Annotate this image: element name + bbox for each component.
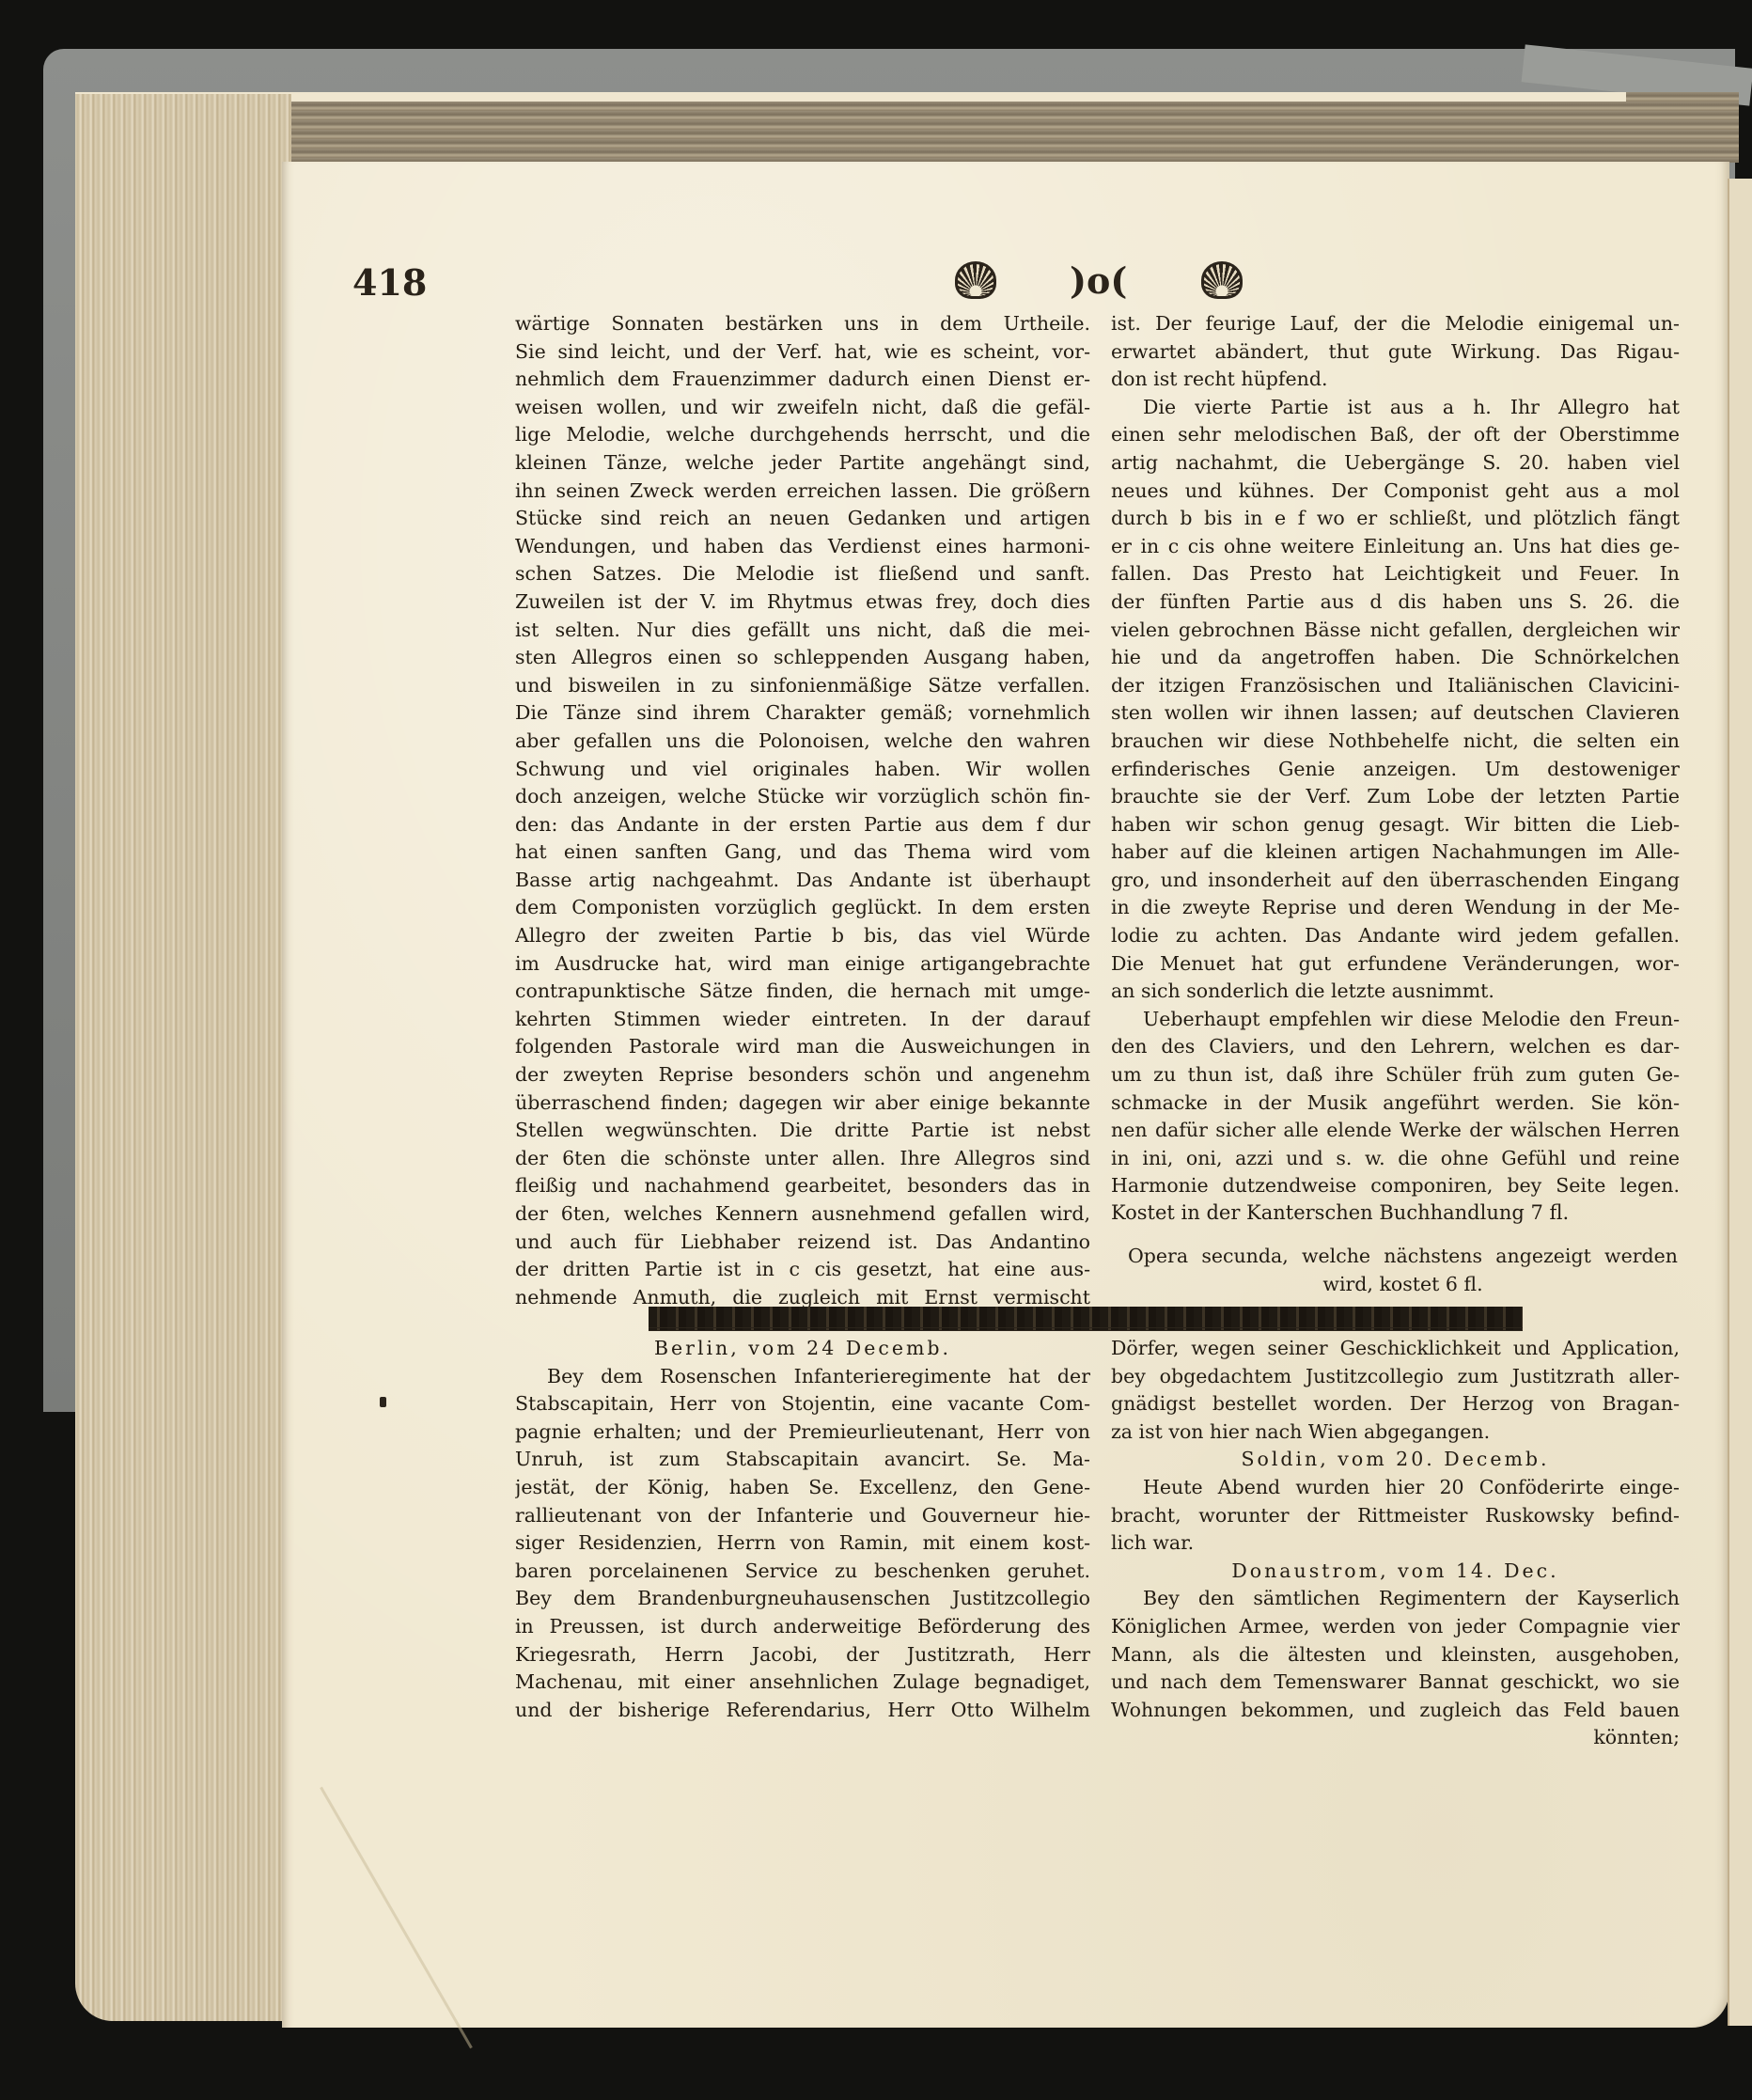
shell-ornament-icon bbox=[1201, 261, 1243, 299]
section-divider-rule bbox=[649, 1307, 1523, 1331]
text-line: Basse artig nachgeahmt. Das Andante ist … bbox=[515, 867, 1090, 895]
price-note: Kostet in der Kanterschen Buchhandlung 7… bbox=[1111, 1199, 1680, 1228]
text-line: doch anzeigen, welche Stücke wir vorzügl… bbox=[515, 783, 1090, 811]
review-left-column: wärtige Sonnaten bestärken uns in dem Ur… bbox=[515, 310, 1090, 1311]
news-berlin-column: Berlin, vom 24 Decemb. Bey dem Rosensche… bbox=[515, 1335, 1090, 1724]
page-number: 418 bbox=[352, 261, 427, 304]
text-line: Harmonie dutzendweise componiren, bey Se… bbox=[1111, 1172, 1680, 1200]
text-line: Königlichen Armee, werden von jeder Comp… bbox=[1111, 1613, 1680, 1641]
text-line: lige Melodie, welche durchgehends herrsc… bbox=[515, 421, 1090, 449]
text-line: lich war. bbox=[1111, 1529, 1680, 1558]
text-line: ihn seinen Zweck werden erreichen lassen… bbox=[515, 478, 1090, 506]
text-line: der 6ten die schönste unter allen. Ihre … bbox=[515, 1145, 1090, 1173]
text-line: sten Allegros einen so schleppenden Ausg… bbox=[515, 644, 1090, 672]
text-line: hat einen sanften Gang, und das Thema wi… bbox=[515, 838, 1090, 867]
text-line: den: das Andante in der ersten Partie au… bbox=[515, 811, 1090, 839]
text-line: erwartet abändert, thut gute Wirkung. Da… bbox=[1111, 338, 1680, 367]
text-line: Bey dem Brandenburgneuhausenschen Justit… bbox=[515, 1585, 1090, 1613]
margin-mark bbox=[380, 1397, 386, 1407]
page-stack-top-edge bbox=[75, 92, 1739, 163]
text-line: kehrten Stimmen wieder eintreten. In der… bbox=[515, 1006, 1090, 1034]
text-line: den des Claviers, und den Lehrern, welch… bbox=[1111, 1033, 1680, 1061]
text-line: ist. Der feurige Lauf, der die Melodie e… bbox=[1111, 310, 1680, 338]
text-line: nehmlich dem Frauenzimmer dadurch einen … bbox=[515, 366, 1090, 394]
text-line: erfinderisches Genie anzeigen. Um destow… bbox=[1111, 756, 1680, 784]
text-line: Stellen wegwünschten. Die dritte Partie … bbox=[515, 1117, 1090, 1145]
text-line: fleißig und nachahmend gearbeitet, beson… bbox=[515, 1172, 1090, 1200]
text-line: Ueberhaupt empfehlen wir diese Melodie d… bbox=[1111, 1006, 1680, 1034]
text-line: brauchen wir diese Nothbehelfe nicht, di… bbox=[1111, 728, 1680, 756]
text-line: aber gefallen uns die Polonoisen, welche… bbox=[515, 728, 1090, 756]
opera-secunda-note: Opera secunda, welche nächstens angezeig… bbox=[1128, 1243, 1678, 1298]
text-line: hie und da angetroffen haben. Die Schnör… bbox=[1111, 644, 1680, 672]
text-line: weisen wollen, und wir zweifeln nicht, d… bbox=[515, 394, 1090, 422]
text-line: sten wollen wir ihnen lassen; auf deutsc… bbox=[1111, 699, 1680, 728]
text-line: überraschend finden; dagegen wir aber ei… bbox=[515, 1089, 1090, 1118]
news-berlin-continuation: Dörfer, wegen seiner Geschicklichkeit un… bbox=[1111, 1335, 1680, 1446]
text-line: Sie sind leicht, und der Verf. hat, wie … bbox=[515, 338, 1090, 367]
text-line: vielen gebrochnen Bässe nicht gefallen, … bbox=[1111, 617, 1680, 645]
text-line: in ini, oni, azzi und s. w. die ohne Gef… bbox=[1111, 1145, 1680, 1173]
text-line: Schwung und viel originales haben. Wir w… bbox=[515, 756, 1090, 784]
review-right-column: ist. Der feurige Lauf, der die Melodie e… bbox=[1111, 310, 1680, 1200]
text-line: im Ausdrucke hat, wird man einige artiga… bbox=[515, 950, 1090, 979]
text-line: ist selten. Nur dies gefällt uns nicht, … bbox=[515, 617, 1090, 645]
text-line: haber auf die kleinen artigen Nachahmung… bbox=[1111, 838, 1680, 867]
text-line: contrapunktische Sätze finden, die herna… bbox=[515, 978, 1090, 1006]
text-line: folgenden Pastorale wird man die Ausweic… bbox=[515, 1033, 1090, 1061]
text-line: gnädigst bestellet worden. Der Herzog vo… bbox=[1111, 1390, 1680, 1418]
text-line: lodie zu achten. Das Andante wird jedem … bbox=[1111, 922, 1680, 950]
catchword: könnten; bbox=[1111, 1724, 1680, 1752]
text-line: Machenau, mit einer ansehnlichen Zulage … bbox=[515, 1669, 1090, 1697]
text-line: der fünften Partie aus d dis haben uns S… bbox=[1111, 588, 1680, 617]
text-line: Bey dem Rosenschen Infanterieregimente h… bbox=[515, 1363, 1090, 1391]
text-line: der itzigen Französischen und Italiänisc… bbox=[1111, 672, 1680, 700]
text-line: durch b bis in e f wo er schließt, und p… bbox=[1111, 505, 1680, 533]
text-line: Stabscapitain, Herr von Stojentin, eine … bbox=[515, 1390, 1090, 1418]
text-line: der dritten Partie ist in c cis gesetzt,… bbox=[515, 1256, 1090, 1284]
text-line: bey obgedachtem Justitzcollegio zum Just… bbox=[1111, 1363, 1680, 1391]
text-line: siger Residenzien, Herrn von Ramin, mit … bbox=[515, 1529, 1090, 1558]
running-header: 418 )o( bbox=[348, 254, 1476, 310]
news-right-column: Dörfer, wegen seiner Geschicklichkeit un… bbox=[1111, 1335, 1680, 1752]
page-stack-top-highlight bbox=[75, 92, 1626, 102]
text-line: za ist von hier nach Wien abgegangen. bbox=[1111, 1418, 1680, 1447]
text-line: um zu thun ist, daß ihre Schüler früh zu… bbox=[1111, 1061, 1680, 1089]
text-line: er in c cis ohne weitere Einleitung an. … bbox=[1111, 533, 1680, 561]
text-line: brauchte sie der Verf. Zum Lobe der letz… bbox=[1111, 783, 1680, 811]
text-line: baren porcelainenen Service zu beschenke… bbox=[515, 1558, 1090, 1586]
xoc-ornament-icon: )o( bbox=[1070, 263, 1127, 299]
text-line: in die zweyte Reprise und deren Wendung … bbox=[1111, 894, 1680, 922]
dateline-donaustrom: Donaustrom, vom 14. Dec. bbox=[1111, 1558, 1680, 1586]
text-line: und bisweilen in zu sinfonienmäßige Sätz… bbox=[515, 672, 1090, 700]
text-line: wärtige Sonnaten bestärken uns in dem Ur… bbox=[515, 310, 1090, 338]
text-line: Stücke sind reich an neuen Gedanken und … bbox=[515, 505, 1090, 533]
text-line: Unruh, ist zum Stabscapitain avancirt. S… bbox=[515, 1446, 1090, 1474]
opera-note-line: Opera secunda, welche nächstens angezeig… bbox=[1128, 1243, 1678, 1271]
text-line: kleinen Tänze, welche jeder Partite ange… bbox=[515, 449, 1090, 478]
text-line: Bey den sämtlichen Regimentern der Kayse… bbox=[1111, 1585, 1680, 1613]
text-line: pagnie erhalten; und der Premieurlieuten… bbox=[515, 1418, 1090, 1447]
text-line: schen Satzes. Die Melodie ist fließend u… bbox=[515, 560, 1090, 588]
text-line: und nach dem Temenswarer Bannat geschick… bbox=[1111, 1669, 1680, 1697]
text-line: in Preussen, ist durch anderweitige Befö… bbox=[515, 1613, 1090, 1641]
text-line: Dörfer, wegen seiner Geschicklichkeit un… bbox=[1111, 1335, 1680, 1363]
text-line: neues und kühnes. Der Componist geht aus… bbox=[1111, 478, 1680, 506]
text-line: artig nachahmt, die Uebergänge S. 20. ha… bbox=[1111, 449, 1680, 478]
text-line: einen sehr melodischen Baß, der oft der … bbox=[1111, 421, 1680, 449]
text-line: rallieutenant von der Infanterie und Gou… bbox=[515, 1502, 1090, 1530]
text-line: fallen. Das Presto hat Leichtigkeit und … bbox=[1111, 560, 1680, 588]
text-line: bracht, worunter der Rittmeister Ruskows… bbox=[1111, 1502, 1680, 1530]
text-line: Mann, als die ältesten und kleinsten, au… bbox=[1111, 1641, 1680, 1669]
text-line: dem Componisten vorzüglich geglückt. In … bbox=[515, 894, 1090, 922]
text-line: und auch für Liebhaber reizend ist. Das … bbox=[515, 1229, 1090, 1257]
text-line: schmacke in der Musik angeführt werden. … bbox=[1111, 1089, 1680, 1118]
text-line: gro, und insonderheit auf den überrasche… bbox=[1111, 867, 1680, 895]
text-line: und der bisherige Referendarius, Herr Ot… bbox=[515, 1697, 1090, 1725]
text-line: Die vierte Partie ist aus a h. Ihr Alleg… bbox=[1111, 394, 1680, 422]
text-line: der zweyten Reprise besonders schön und … bbox=[515, 1061, 1090, 1089]
text-line: Allegro der zweiten Partie b bis, das vi… bbox=[515, 922, 1090, 950]
text-line: nen dafür sicher alle elende Werke der w… bbox=[1111, 1117, 1680, 1145]
dateline-soldin: Soldin, vom 20. Decemb. bbox=[1111, 1446, 1680, 1474]
text-line: don ist recht hüpfend. bbox=[1111, 366, 1680, 394]
text-line: Wohnungen bekommen, und zugleich das Fel… bbox=[1111, 1697, 1680, 1725]
text-line: der 6ten, welches Kennern ausnehmend gef… bbox=[515, 1200, 1090, 1229]
price-line: Kostet in der Kanterschen Buchhandlung 7… bbox=[1111, 1199, 1680, 1228]
news-soldin-body: Heute Abend wurden hier 20 Conföderirte … bbox=[1111, 1474, 1680, 1558]
shell-ornament-icon bbox=[955, 261, 996, 299]
dateline-berlin: Berlin, vom 24 Decemb. bbox=[515, 1335, 1090, 1363]
text-line: Kriegesrath, Herrn Jacobi, der Justitzra… bbox=[515, 1641, 1090, 1669]
news-donaustrom-body: Bey den sämtlichen Regimentern der Kayse… bbox=[1111, 1585, 1680, 1724]
text-line: haben wir schon genug gesagt. Wir bitten… bbox=[1111, 811, 1680, 839]
text-line: an sich sonderlich die letzte ausnimmt. bbox=[1111, 978, 1680, 1006]
news-berlin-body: Bey dem Rosenschen Infanterieregimente h… bbox=[515, 1363, 1090, 1725]
page-stack-fore-edge bbox=[75, 94, 291, 2021]
text-line: jestät, der König, haben Se. Excellenz, … bbox=[515, 1474, 1090, 1502]
opera-note-line: wird, kostet 6 fl. bbox=[1128, 1271, 1678, 1299]
text-line: Wendungen, und haben das Verdienst eines… bbox=[515, 533, 1090, 561]
text-line: Die Tänze sind ihrem Charakter gemäß; vo… bbox=[515, 699, 1090, 728]
text-line: Heute Abend wurden hier 20 Conföderirte … bbox=[1111, 1474, 1680, 1502]
facing-page-edge bbox=[1728, 179, 1752, 2026]
text-line: Zuweilen ist der V. im Rhytmus etwas fre… bbox=[515, 588, 1090, 617]
text-line: Die Menuet hat gut erfundene Veränderung… bbox=[1111, 950, 1680, 979]
